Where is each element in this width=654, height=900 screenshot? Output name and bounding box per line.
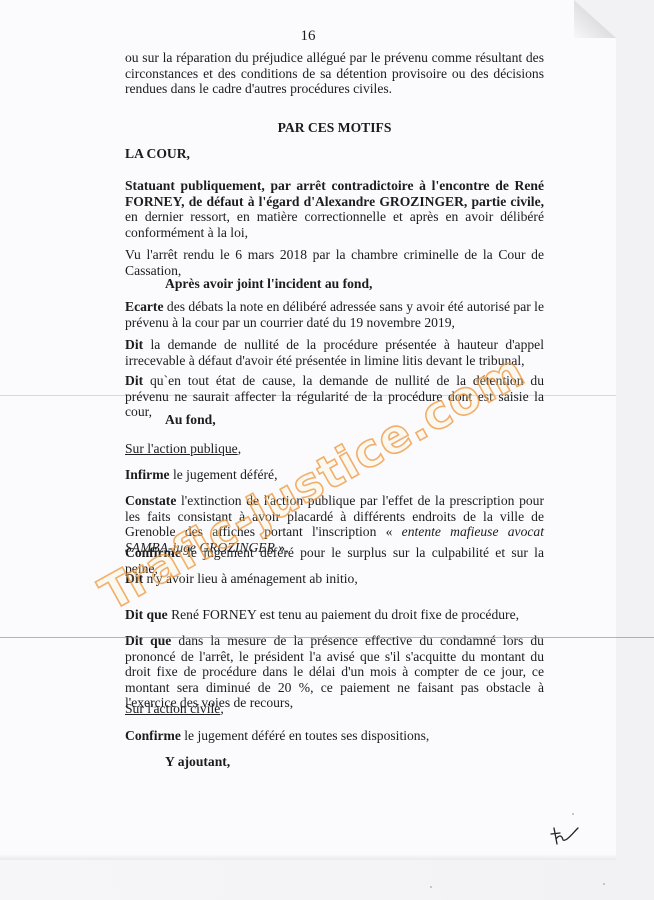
action-civile-label: Sur l'action civile bbox=[125, 701, 220, 716]
ecarte-paragraph: Ecarte des débats la note en délibéré ad… bbox=[125, 299, 544, 330]
dit-amenagement-paragraph: Dit n'y avoir lieu à aménagement ab init… bbox=[125, 571, 544, 587]
au-fond-heading: Au fond, bbox=[125, 412, 584, 428]
dit-bold: Dit bbox=[125, 337, 143, 352]
scan-speck bbox=[603, 883, 605, 885]
confirme-bold: Confirme bbox=[125, 545, 181, 560]
dit-que-droit-fixe-paragraph: Dit que René FORNEY est tenu au paiement… bbox=[125, 607, 544, 623]
intro-paragraph: ou sur la réparation du préjudice allégu… bbox=[125, 50, 544, 97]
dit-text: n'y avoir lieu à aménagement ab initio, bbox=[143, 571, 358, 586]
y-ajoutant-heading: Y ajoutant, bbox=[125, 754, 584, 770]
dit-bold: Dit bbox=[125, 373, 143, 388]
vu-paragraph: Vu l'arrêt rendu le 6 mars 2018 par la c… bbox=[125, 247, 544, 278]
dit-que-reduction-paragraph: Dit que dans la mesure de la présence ef… bbox=[125, 633, 544, 711]
punctuation: , bbox=[238, 441, 241, 456]
constate-bold: Constate bbox=[125, 493, 176, 508]
punctuation: , bbox=[220, 701, 223, 716]
statuant-paragraph: Statuant publiquement, par arrêt contrad… bbox=[125, 178, 544, 240]
dit-text: la demande de nullité de la procédure pr… bbox=[125, 337, 544, 368]
infirme-paragraph: Infirme le jugement déféré, bbox=[125, 467, 544, 483]
dit-que-bold: Dit que bbox=[125, 607, 168, 622]
la-cour-heading: LA COUR, bbox=[125, 146, 544, 162]
dit-que-bold: Dit que bbox=[125, 633, 171, 648]
infirme-text: le jugement déféré, bbox=[170, 467, 278, 482]
confirme-text: le jugement déféré en toutes ses disposi… bbox=[181, 728, 429, 743]
scan-line-artifact bbox=[0, 637, 654, 638]
statuant-text: en dernier ressort, en matière correctio… bbox=[125, 209, 544, 240]
confirme-bold: Confirme bbox=[125, 728, 181, 743]
apres-joint-heading: Après avoir joint l'incident au fond, bbox=[125, 276, 584, 292]
action-publique-label: Sur l'action publique bbox=[125, 441, 238, 456]
ecarte-text: des débats la note en délibéré adressée … bbox=[125, 299, 544, 330]
dit-que-text: René FORNEY est tenu au paiement du droi… bbox=[168, 607, 519, 622]
document-page: 16 ou sur la réparation du préjudice all… bbox=[0, 0, 616, 860]
motifs-heading: PAR CES MOTIFS bbox=[125, 120, 544, 136]
dit-que-text: dans la mesure de la présence effective … bbox=[125, 633, 544, 710]
signature-initials bbox=[548, 822, 582, 848]
dit-nullite-procedure-paragraph: Dit la demande de nullité de la procédur… bbox=[125, 337, 544, 368]
dit-bold: Dit bbox=[125, 571, 143, 586]
page-number: 16 bbox=[0, 28, 616, 45]
infirme-bold: Infirme bbox=[125, 467, 170, 482]
scan-speck bbox=[430, 886, 432, 888]
action-civile-heading: Sur l'action civile, bbox=[125, 701, 544, 717]
confirme-dispositions-paragraph: Confirme le jugement déféré en toutes se… bbox=[125, 728, 544, 744]
action-publique-heading: Sur l'action publique, bbox=[125, 441, 544, 457]
scan-speck bbox=[572, 813, 574, 815]
ecarte-bold: Ecarte bbox=[125, 299, 164, 314]
statuant-bold: Statuant publiquement, par arrêt contrad… bbox=[125, 178, 544, 209]
